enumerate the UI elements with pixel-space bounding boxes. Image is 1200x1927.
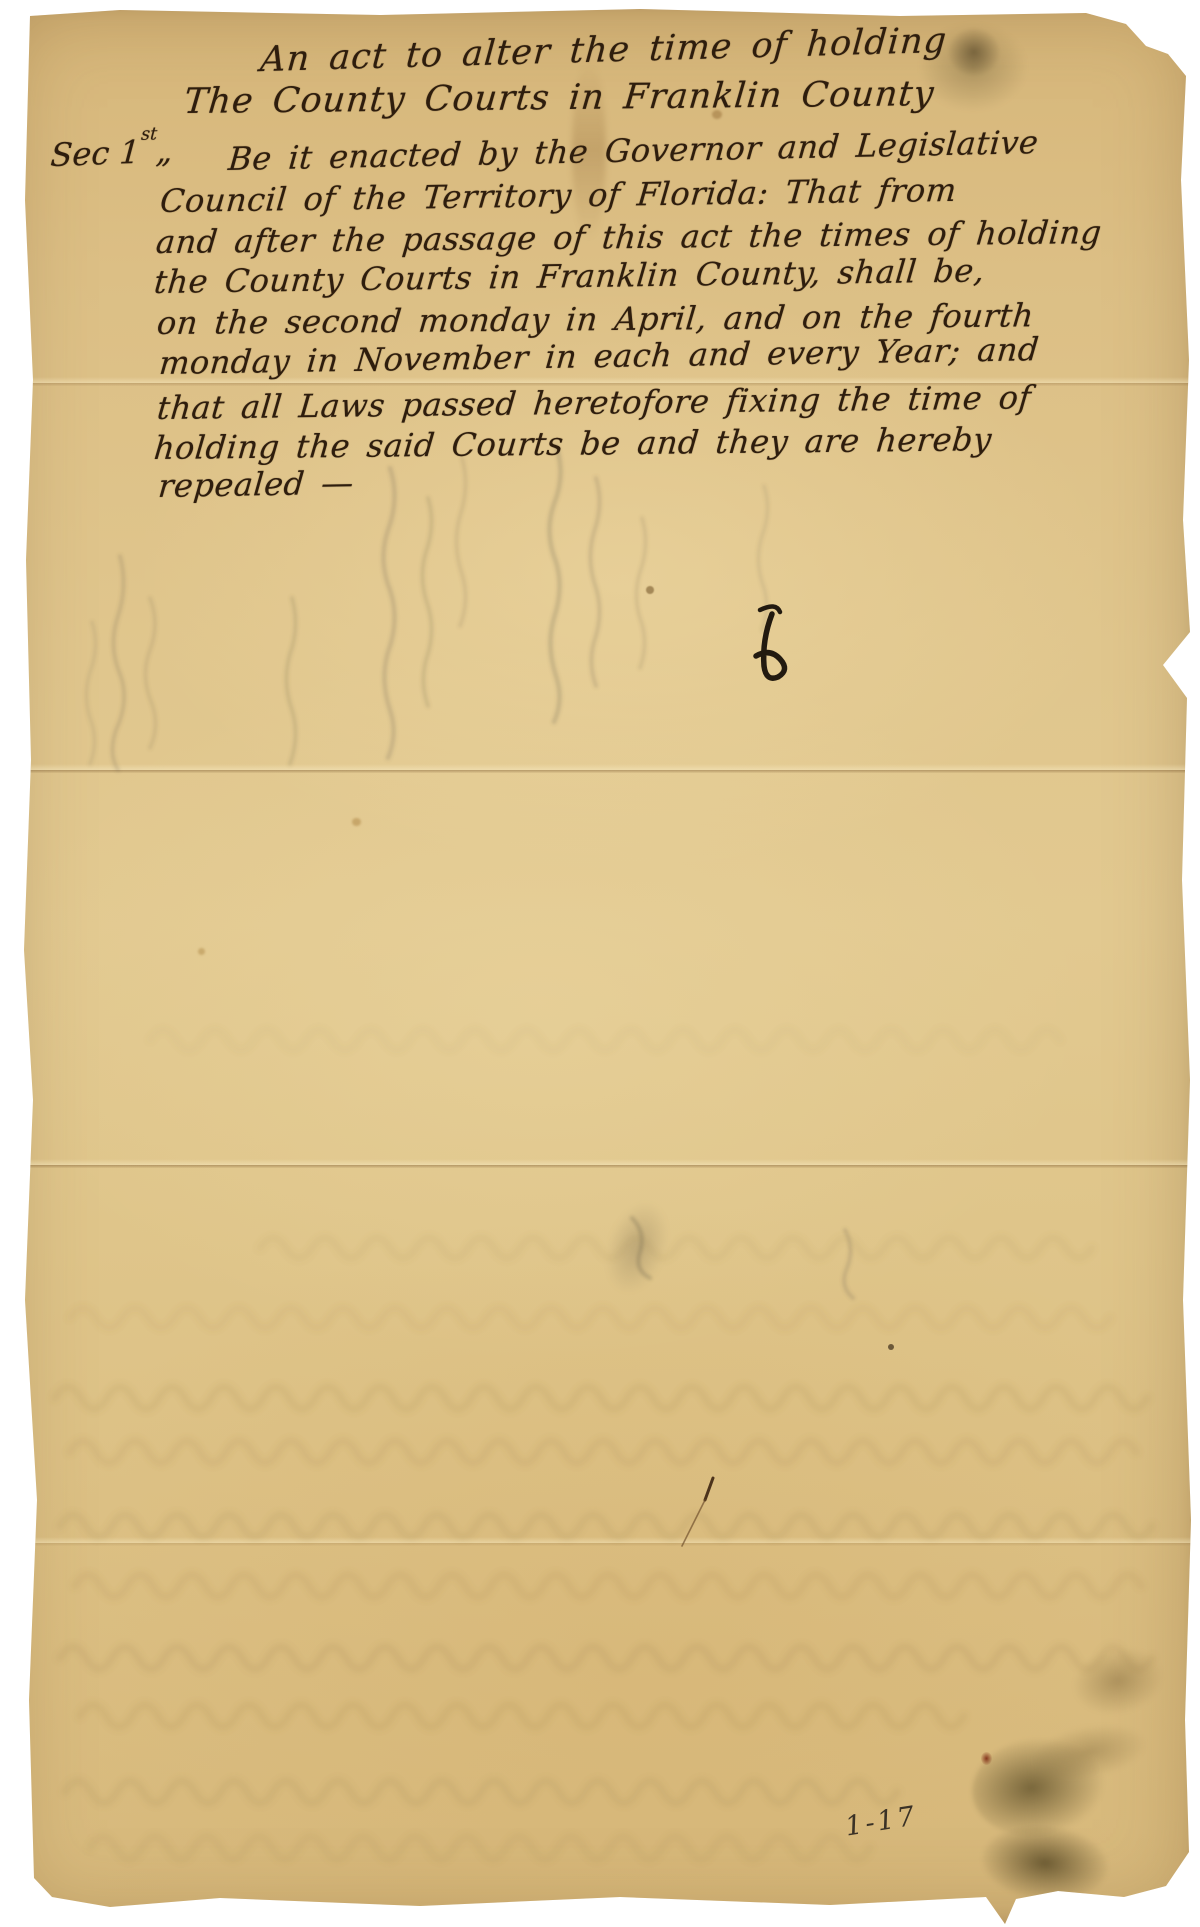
fold-crease-4	[0, 1537, 1200, 1546]
stain-br-1	[1066, 1639, 1170, 1723]
stain-top-right-core	[948, 28, 1000, 76]
ink-flourish	[756, 606, 785, 678]
section-label-text: Sec 1	[49, 133, 141, 174]
stain-br-2	[1026, 1716, 1151, 1788]
fold-crease-3	[0, 1159, 1200, 1168]
manuscript-line: Council of the Territory of Florida: Tha…	[159, 171, 959, 220]
section-superscript: st	[140, 124, 158, 145]
stain-mid-smudge	[595, 1193, 680, 1301]
section-mark: „	[155, 132, 174, 171]
fold-crease-2	[0, 764, 1200, 773]
stain-br-3	[966, 1729, 1110, 1844]
manuscript-line: Be it enacted by the Governor and Legisl…	[227, 123, 1040, 178]
page-code: 1-17	[843, 1801, 920, 1843]
manuscript-line: repealed —	[157, 464, 356, 505]
stain-br-4	[978, 1820, 1111, 1907]
heading-line-2: The County Courts in Franklin County	[182, 74, 936, 122]
heading-line-1: An act to alter the time of holding	[259, 21, 949, 80]
pen-scratch	[682, 1478, 713, 1546]
manuscript-line: that all Laws passed heretofore fixing t…	[155, 378, 1032, 427]
section-label: Sec 1st„	[49, 132, 174, 174]
foxing-dot-3	[646, 586, 654, 594]
stain-red-dot	[981, 1752, 992, 1765]
manuscript-line: holding the said Courts be and they are …	[152, 420, 993, 467]
foxing-dot-4	[888, 1344, 894, 1350]
foxing-dot-2	[198, 948, 205, 955]
scan-background: An act to alter the time of holding The …	[0, 0, 1200, 1927]
manuscript-page: An act to alter the time of holding The …	[0, 0, 1200, 1927]
foxing-dot-1	[352, 818, 361, 826]
